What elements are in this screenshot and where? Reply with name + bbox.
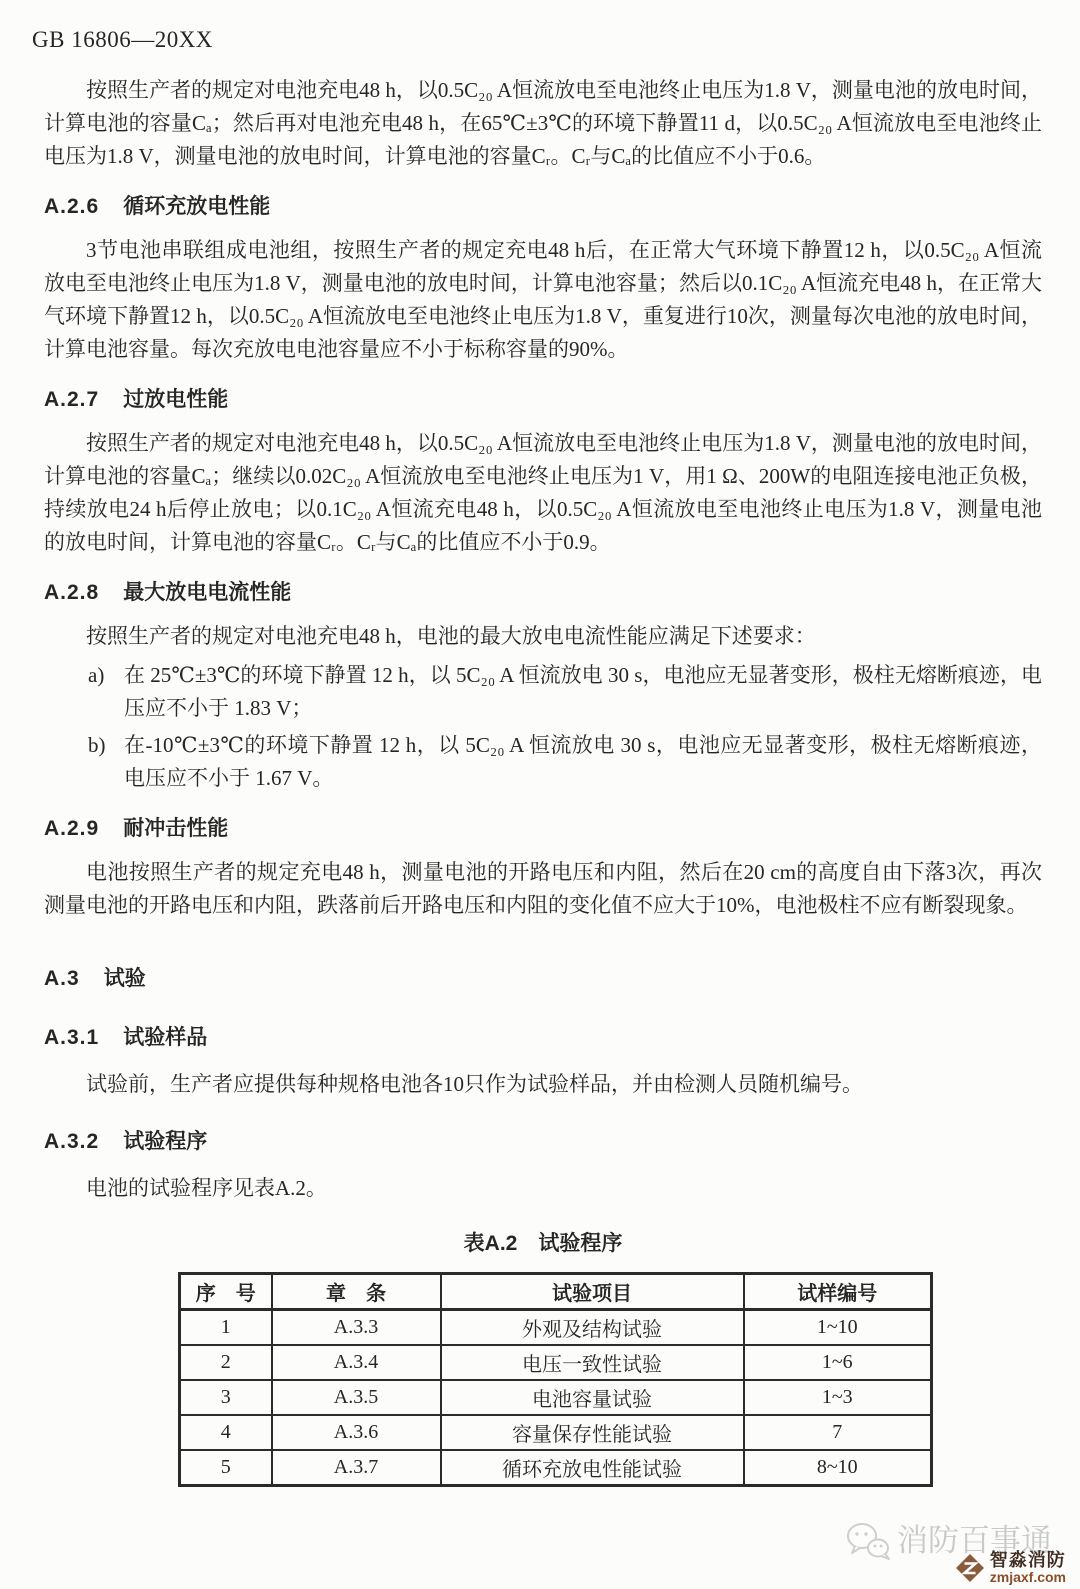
- cell-test-item: 循环充放电性能试验: [441, 1450, 744, 1486]
- table-row: 1 A.3.3 外观及结构试验 1~10: [180, 1310, 932, 1346]
- list-marker: a): [88, 659, 124, 725]
- heading-a31: A.3.1试验样品: [44, 1021, 1042, 1054]
- cell-test-item: 容量保存性能试验: [441, 1415, 744, 1450]
- cell-seq: 2: [180, 1345, 272, 1380]
- cell-test-item: 电池容量试验: [441, 1380, 744, 1415]
- cell-seq: 5: [180, 1450, 272, 1486]
- cell-seq: 1: [180, 1310, 272, 1346]
- cell-seq: 4: [180, 1415, 272, 1450]
- section-title: 试验样品: [123, 1026, 207, 1049]
- table-row: 5 A.3.7 循环充放电性能试验 8~10: [180, 1450, 932, 1486]
- table-header-row: 序 号 章 条 试验项目 试样编号: [180, 1274, 932, 1310]
- section-title: 试验: [104, 967, 146, 990]
- col-header-clause: 章 条: [272, 1274, 441, 1310]
- section-number: A.2.9: [44, 817, 99, 840]
- section-title: 过放电性能: [123, 388, 228, 411]
- section-number: A.2.7: [44, 388, 99, 411]
- heading-a27: A.2.7过放电性能: [44, 383, 1042, 416]
- col-header-sample-no: 试样编号: [744, 1274, 932, 1310]
- heading-a28: A.2.8最大放电电流性能: [44, 576, 1042, 609]
- zm-logo-name: 智淼消防: [990, 1551, 1066, 1570]
- cell-test-item: 电压一致性试验: [441, 1345, 744, 1380]
- table-row: 2 A.3.4 电压一致性试验 1~6: [180, 1345, 932, 1380]
- cell-sample-no: 1~3: [744, 1380, 932, 1415]
- paragraph-a27: 按照生产者的规定对电池充电48 h，以0.5C₂₀ A恒流放电至电池终止电压为1…: [44, 427, 1042, 559]
- cell-sample-no: 1~10: [744, 1310, 932, 1346]
- cell-sample-no: 1~6: [744, 1345, 932, 1380]
- list-text: 在-10℃±3℃的环境下静置 12 h，以 5C₂₀ A 恒流放电 30 s，电…: [124, 729, 1042, 795]
- doc-number: GB 16806—20XX: [32, 26, 1042, 54]
- list-item-a: a) 在 25℃±3℃的环境下静置 12 h，以 5C₂₀ A 恒流放电 30 …: [44, 659, 1042, 725]
- heading-a26: A.2.6循环充放电性能: [44, 190, 1042, 223]
- list-item-b: b) 在-10℃±3℃的环境下静置 12 h，以 5C₂₀ A 恒流放电 30 …: [44, 729, 1042, 795]
- cell-sample-no: 8~10: [744, 1450, 932, 1486]
- heading-a3: A.3试验: [44, 962, 1042, 995]
- list-text: 在 25℃±3℃的环境下静置 12 h，以 5C₂₀ A 恒流放电 30 s，电…: [124, 659, 1042, 725]
- section-title: 最大放电电流性能: [123, 581, 291, 604]
- list-marker: b): [88, 729, 124, 795]
- paragraph-a29: 电池按照生产者的规定充电48 h，测量电池的开路电压和内阻，然后在20 cm的高…: [44, 856, 1042, 922]
- zm-diamond-icon: [955, 1553, 985, 1583]
- section-number: A.3.2: [44, 1130, 99, 1153]
- col-header-seq: 序 号: [180, 1274, 272, 1310]
- zm-logo: 智淼消防 zmjaxf.com: [955, 1551, 1066, 1585]
- paragraph-a28-intro: 按照生产者的规定对电池充电48 h，电池的最大放电电流性能应满足下述要求：: [44, 620, 1042, 653]
- section-number: A.2.6: [44, 195, 99, 218]
- paragraph-a31: 试验前，生产者应提供每种规格电池各10只作为试验样品，并由检测人员随机编号。: [44, 1068, 1042, 1101]
- section-number: A.3: [44, 967, 80, 990]
- table-caption: 表A.2 试验程序: [44, 1227, 1042, 1260]
- col-header-test-item: 试验项目: [441, 1274, 744, 1310]
- paragraph-a26: 3节电池串联组成电池组，按照生产者的规定充电48 h后，在正常大气环境下静置12…: [44, 234, 1042, 366]
- cell-clause: A.3.5: [272, 1380, 441, 1415]
- test-procedure-table: 序 号 章 条 试验项目 试样编号 1 A.3.3 外观及结构试验 1~10 2…: [178, 1272, 933, 1487]
- table-row: 3 A.3.5 电池容量试验 1~3: [180, 1380, 932, 1415]
- cell-clause: A.3.6: [272, 1415, 441, 1450]
- heading-a29: A.2.9耐冲击性能: [44, 812, 1042, 845]
- cell-test-item: 外观及结构试验: [441, 1310, 744, 1346]
- document-page: GB 16806—20XX 按照生产者的规定对电池充电48 h，以0.5C₂₀ …: [0, 0, 1080, 1589]
- cell-clause: A.3.4: [272, 1345, 441, 1380]
- section-title: 循环充放电性能: [123, 195, 270, 218]
- paragraph-a32: 电池的试验程序见表A.2。: [44, 1172, 1042, 1205]
- cell-clause: A.3.7: [272, 1450, 441, 1486]
- section-number: A.2.8: [44, 581, 99, 604]
- section-number: A.3.1: [44, 1026, 99, 1049]
- cell-clause: A.3.3: [272, 1310, 441, 1346]
- heading-a32: A.3.2试验程序: [44, 1125, 1042, 1158]
- section-title: 试验程序: [123, 1130, 207, 1153]
- table-row: 4 A.3.6 容量保存性能试验 7: [180, 1415, 932, 1450]
- section-title: 耐冲击性能: [123, 817, 228, 840]
- cell-sample-no: 7: [744, 1415, 932, 1450]
- paragraph-a25: 按照生产者的规定对电池充电48 h，以0.5C₂₀ A恒流放电至电池终止电压为1…: [44, 74, 1042, 173]
- cell-seq: 3: [180, 1380, 272, 1415]
- wechat-icon: [845, 1521, 891, 1561]
- zm-logo-site: zmjaxf.com: [990, 1570, 1066, 1585]
